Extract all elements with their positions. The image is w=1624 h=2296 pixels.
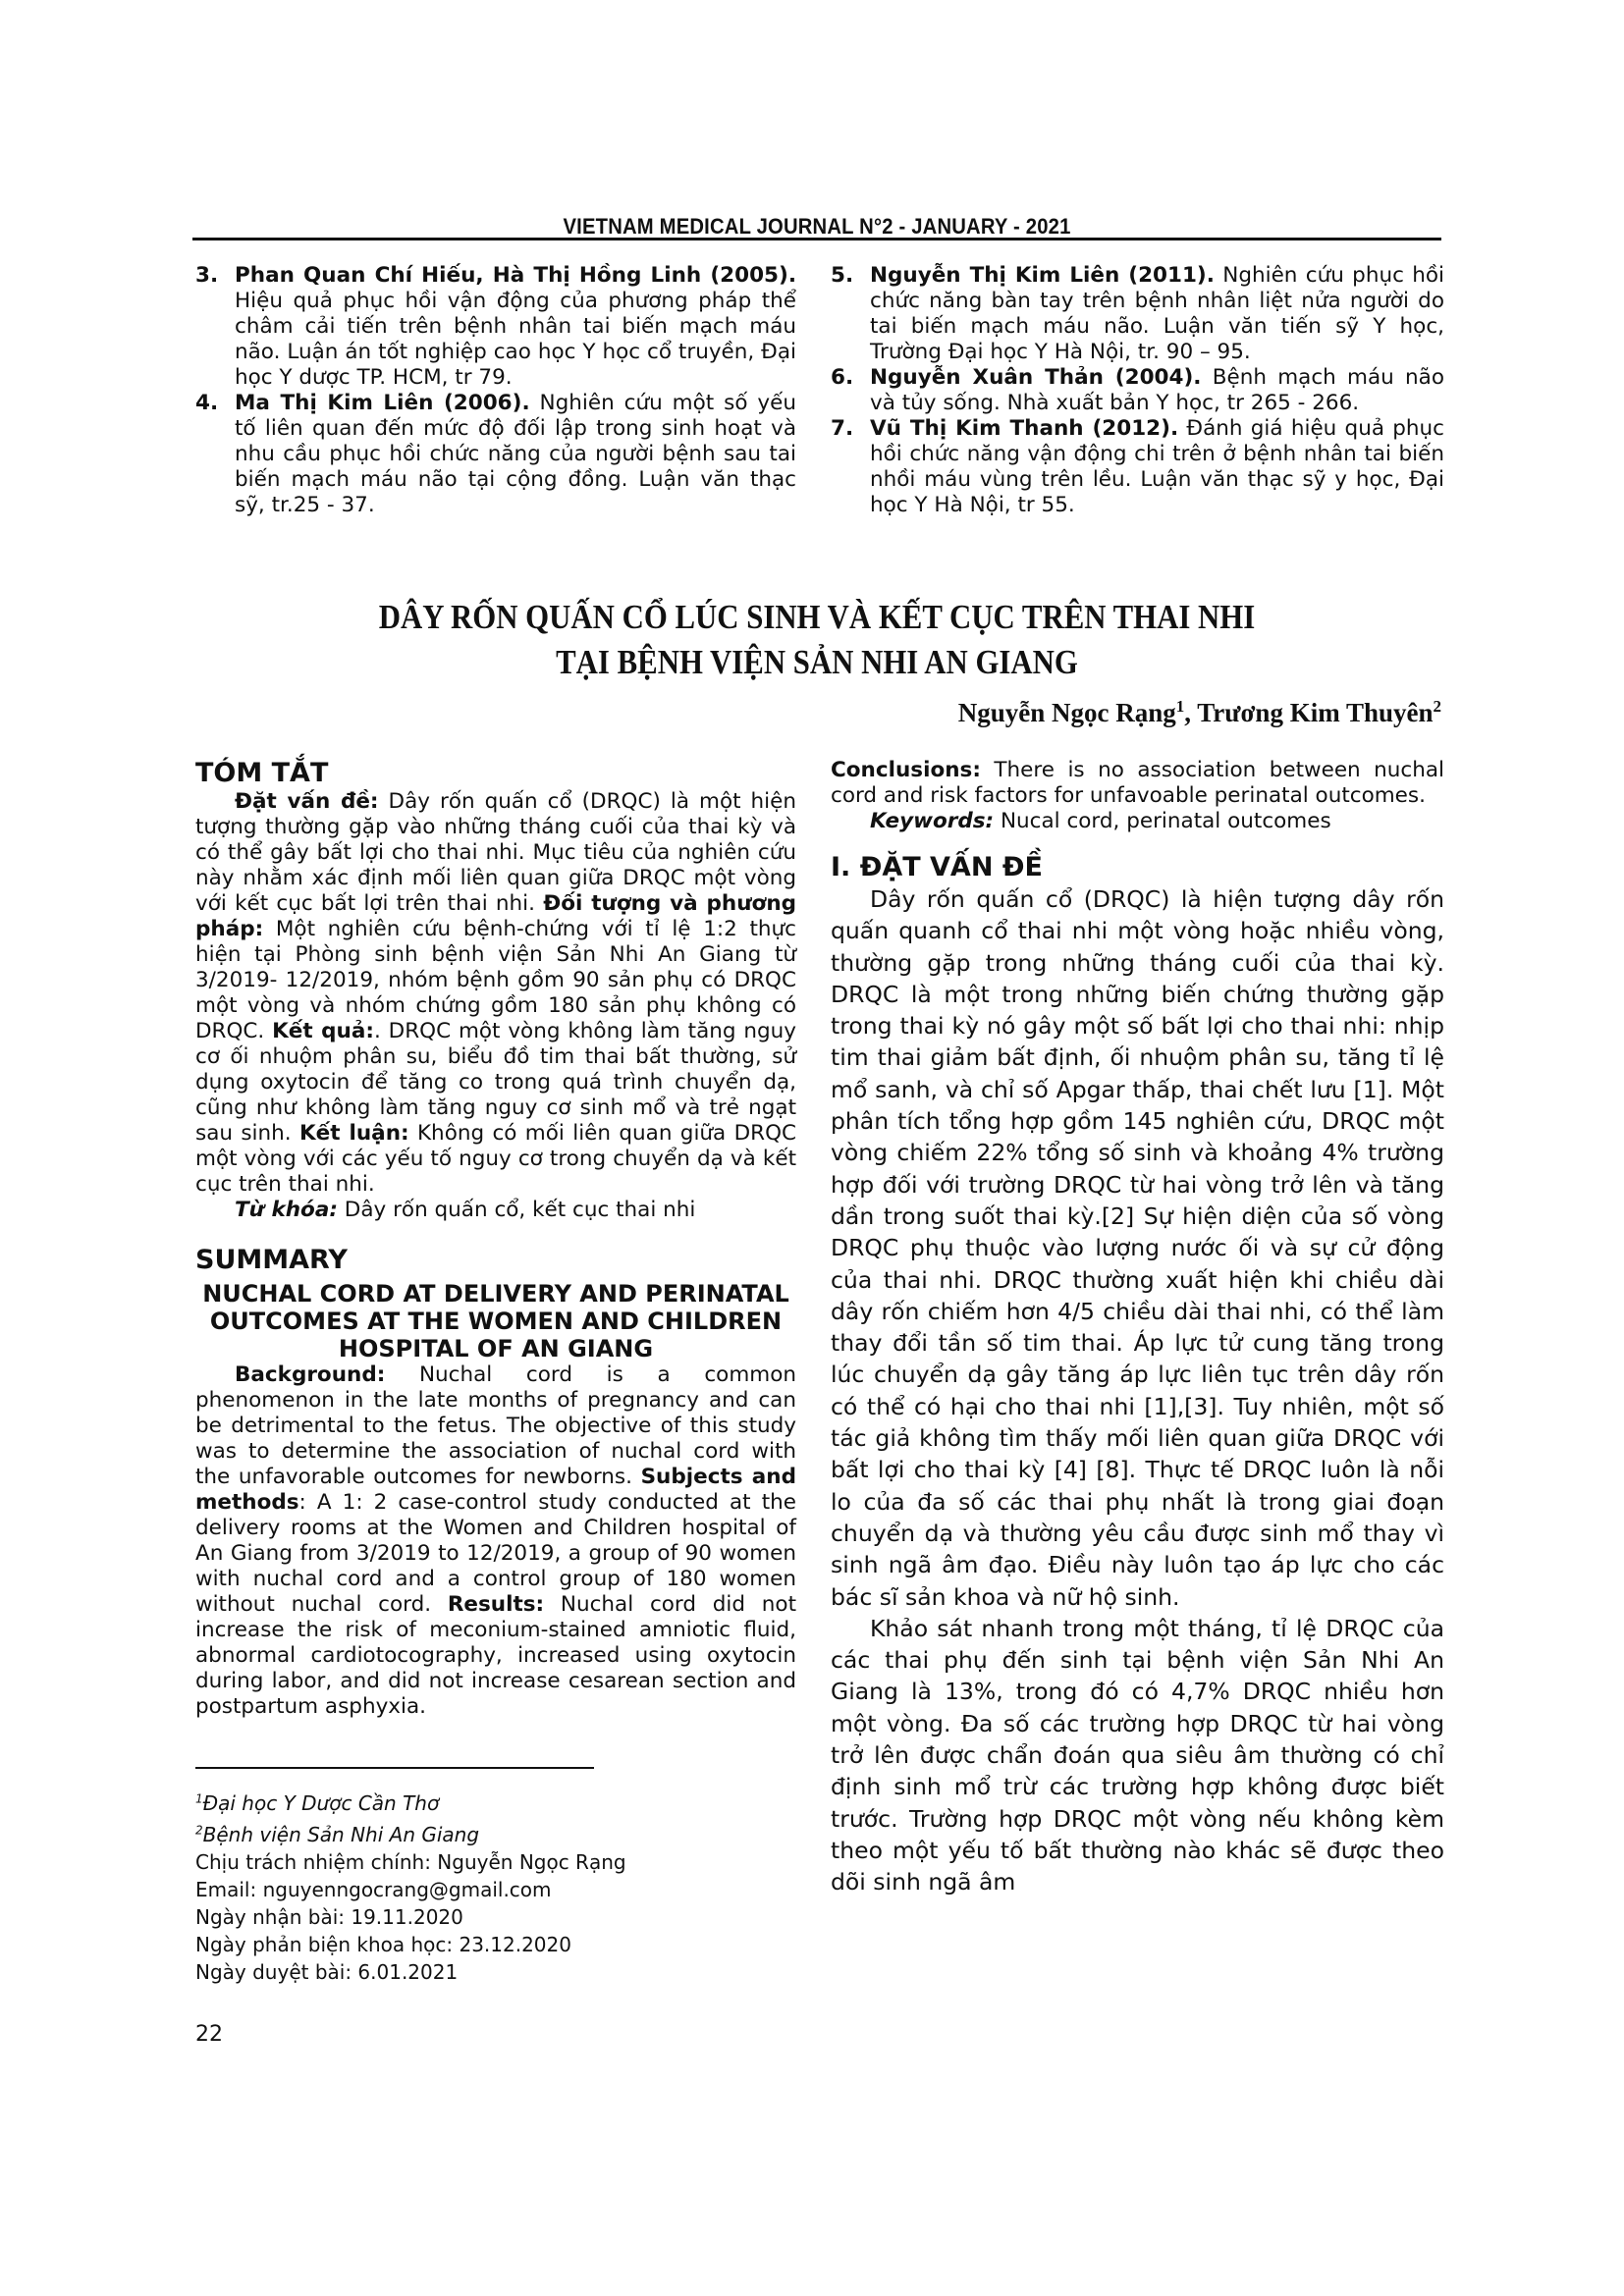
article-title-line-2: TẠI BỆNH VIỆN SẢN NHI AN GIANG [267, 640, 1366, 685]
keywords-en: Keywords: Nucal cord, perinatal outcomes [831, 809, 1444, 834]
affiliation-text: Bệnh viện Sản Nhi An Giang [203, 1823, 479, 1846]
author-separator: , [1184, 698, 1197, 727]
reference-item: 7. Vũ Thị Kim Thanh (2012). Đánh giá hiệ… [831, 416, 1444, 518]
keywords-text: Dây rốn quấn cổ, kết cục thai nhi [338, 1198, 695, 1222]
keywords-label: Từ khóa: [235, 1198, 338, 1222]
reference-item: 4. Ma Thị Kim Liên (2006). Nghiên cứu mộ… [195, 391, 796, 518]
abstract-column: TÓM TẮT Đặt vấn đề: Dây rốn quấn cổ (DRQ… [195, 758, 796, 1720]
author-affiliation-mark: 1 [1176, 697, 1185, 716]
date-reviewed: Ngày phản biện khoa học: 23.12.2020 [195, 1931, 796, 1958]
introduction-heading: I. ĐẶT VẤN ĐỀ [831, 852, 1444, 883]
abstract-vi-body: Đặt vấn đề: Dây rốn quấn cổ (DRQC) là mộ… [195, 789, 796, 1198]
date-received: Ngày nhận bài: 19.11.2020 [195, 1903, 796, 1931]
label-results: Results: [448, 1592, 544, 1617]
affiliation-text: Đại học Y Dược Cần Thơ [203, 1791, 440, 1815]
reference-item: 5. Nguyễn Thị Kim Liên (2011). Nghiên cứ… [831, 263, 1444, 365]
journal-page: VIETNAM MEDICAL JOURNAL N°2 - JANUARY - … [0, 0, 1624, 2296]
reference-authors: Phan Quan Chí Hiếu, Hà Thị Hồng Linh (20… [235, 263, 796, 288]
introduction-paragraph-2: Khảo sát nhanh trong một tháng, tỉ lệ DR… [831, 1613, 1444, 1898]
reference-authors: Ma Thị Kim Liên (2006). [235, 391, 530, 415]
author-affiliation-mark: 2 [1434, 697, 1442, 716]
article-title: DÂY RỐN QUẤN CỔ LÚC SINH VÀ KẾT CỤC TRÊN… [267, 595, 1366, 685]
references-right: 5. Nguyễn Thị Kim Liên (2011). Nghiên cứ… [831, 263, 1444, 518]
right-column: Conclusions: There is no association bet… [831, 758, 1444, 1898]
abstract-vi-heading: TÓM TẮT [195, 758, 796, 789]
article-title-line-1: DÂY RỐN QUẤN CỔ LÚC SINH VÀ KẾT CỤC TRÊN… [267, 595, 1366, 640]
abstract-en-heading: SUMMARY [195, 1245, 796, 1276]
affiliation-mark: 2 [195, 1824, 203, 1838]
references-left: 3. Phan Quan Chí Hiếu, Hà Thị Hồng Linh … [195, 263, 796, 518]
reference-authors: Nguyễn Thị Kim Liên (2011). [870, 263, 1215, 288]
label-conclusion: Kết luận: [299, 1121, 409, 1146]
author-name: Trương Kim Thuyên [1197, 698, 1433, 727]
keywords-label: Keywords: [870, 809, 994, 833]
affiliation-1: 1Đại học Y Dược Cần Thơ [195, 1785, 796, 1817]
footnote-rule [195, 1767, 594, 1769]
affiliation-2: 2Bệnh viện Sản Nhi An Giang [195, 1817, 796, 1849]
reference-text: Hiệu quả phục hồi vận động của phương ph… [235, 289, 796, 390]
english-title: NUCHAL CORD AT DELIVERY AND PERINATAL OU… [195, 1280, 796, 1362]
reference-number: 5. [831, 263, 870, 365]
reference-item: 3. Phan Quan Chí Hiếu, Hà Thị Hồng Linh … [195, 263, 796, 391]
reference-number: 3. [195, 263, 235, 391]
reference-authors: Vũ Thị Kim Thanh (2012). [870, 416, 1178, 441]
label-background: Background: [235, 1362, 385, 1387]
corresponding-author: Chịu trách nhiệm chính: Nguyễn Ngọc Rạng [195, 1848, 796, 1876]
running-head: VIETNAM MEDICAL JOURNAL N°2 - JANUARY - … [243, 214, 1391, 240]
email: Email: nguyenngocrang@gmail.com [195, 1876, 796, 1903]
label-conclusion: Conclusions: [831, 758, 981, 782]
reference-number: 7. [831, 416, 870, 518]
keywords-vi: Từ khóa: Dây rốn quấn cổ, kết cục thai n… [195, 1198, 796, 1223]
affiliation-mark: 1 [195, 1791, 203, 1805]
page-number: 22 [195, 2022, 223, 2047]
abstract-en-body: Background: Nuchal cord is a common phen… [195, 1362, 796, 1720]
reference-authors: Nguyễn Xuân Thản (2004). [870, 365, 1201, 390]
reference-number: 6. [831, 365, 870, 416]
label-background: Đặt vấn đề: [235, 789, 379, 814]
date-accepted: Ngày duyệt bài: 6.01.2021 [195, 1958, 796, 1986]
reference-number: 4. [195, 391, 235, 518]
keywords-text: Nucal cord, perinatal outcomes [994, 809, 1331, 833]
abstract-en-continued: Conclusions: There is no association bet… [831, 758, 1444, 809]
author-name: Nguyễn Ngọc Rạng [958, 698, 1176, 727]
footnotes: 1Đại học Y Dược Cần Thơ 2Bệnh viện Sản N… [195, 1737, 796, 1986]
label-results: Kết quả: [272, 1019, 374, 1043]
header-rule [192, 238, 1441, 240]
reference-item: 6. Nguyễn Xuân Thản (2004). Bệnh mạch má… [831, 365, 1444, 416]
author-list: Nguyễn Ngọc Rạng1, Trương Kim Thuyên2 [687, 697, 1441, 728]
introduction-paragraph-1: Dây rốn quấn cổ (DRQC) là hiện tượng dây… [831, 883, 1444, 1613]
